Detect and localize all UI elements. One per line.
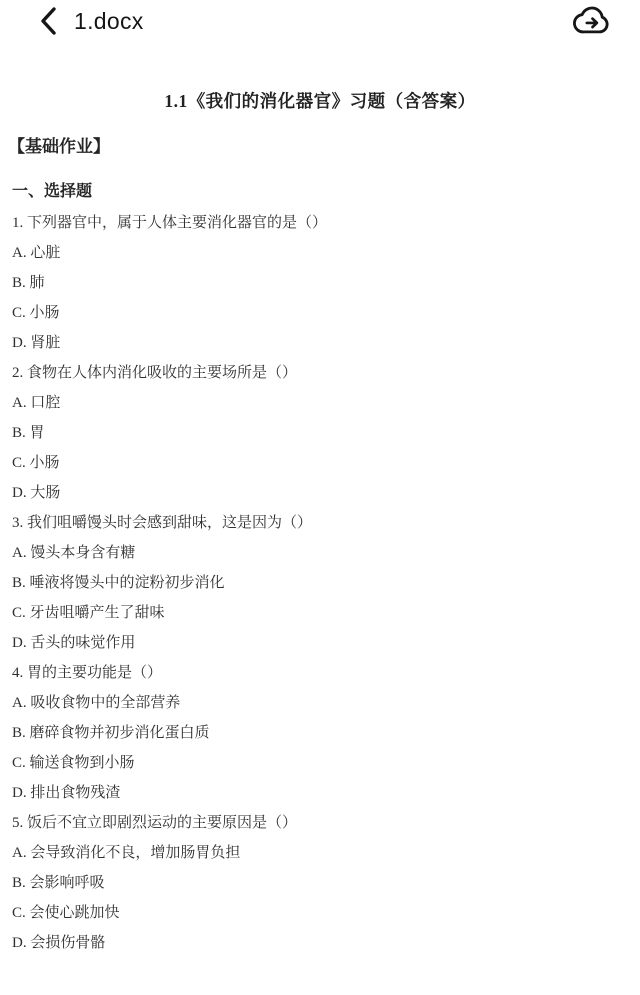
question-block: 3. 我们咀嚼馒头时会感到甜味，这是因为（） A. 馒头本身含有糖 B. 唾液将… — [12, 508, 628, 658]
file-title: 1.docx — [74, 8, 570, 35]
subsection-heading: 一、选择题 — [12, 178, 628, 201]
option-line: C. 牙齿咀嚼产生了甜味 — [12, 598, 628, 628]
option-line: C. 小肠 — [12, 298, 628, 328]
question-block: 1. 下列器官中，属于人体主要消化器官的是（） A. 心脏 B. 肺 C. 小肠… — [12, 208, 628, 358]
question-stem: 1. 下列器官中，属于人体主要消化器官的是（） — [12, 208, 628, 238]
option-line: A. 口腔 — [12, 388, 628, 418]
question-block: 5. 饭后不宜立即剧烈运动的主要原因是（） A. 会导致消化不良，增加肠胃负担 … — [12, 808, 628, 958]
question-block: 4. 胃的主要功能是（） A. 吸收食物中的全部营养 B. 磨碎食物并初步消化蛋… — [12, 658, 628, 808]
option-line: D. 会损伤骨骼 — [12, 928, 628, 958]
option-line: A. 会导致消化不良，增加肠胃负担 — [12, 838, 628, 868]
question-stem: 3. 我们咀嚼馒头时会感到甜味，这是因为（） — [12, 508, 628, 538]
section-heading: 【基础作业】 — [8, 132, 628, 157]
question-block: 2. 食物在人体内消化吸收的主要场所是（） A. 口腔 B. 胃 C. 小肠 D… — [12, 358, 628, 508]
cloud-arrow-right-icon — [571, 4, 613, 38]
share-button[interactable] — [570, 2, 614, 40]
option-line: D. 大肠 — [12, 478, 628, 508]
document-page: 1.1《我们的消化器官》习题（含答案） 【基础作业】 一、选择题 1. 下列器官… — [0, 88, 640, 958]
question-stem: 4. 胃的主要功能是（） — [12, 658, 628, 688]
option-line: B. 磨碎食物并初步消化蛋白质 — [12, 718, 628, 748]
chevron-left-icon — [39, 6, 59, 36]
question-stem: 2. 食物在人体内消化吸收的主要场所是（） — [12, 358, 628, 388]
document-title: 1.1《我们的消化器官》习题（含答案） — [12, 88, 628, 113]
option-line: C. 输送食物到小肠 — [12, 748, 628, 778]
question-list: 1. 下列器官中，属于人体主要消化器官的是（） A. 心脏 B. 肺 C. 小肠… — [12, 208, 628, 958]
option-line: A. 馒头本身含有糖 — [12, 538, 628, 568]
app-header: 1.docx — [0, 0, 640, 42]
option-line: D. 肾脏 — [12, 328, 628, 358]
option-line: C. 会使心跳加快 — [12, 898, 628, 928]
option-line: B. 肺 — [12, 268, 628, 298]
option-line: A. 吸收食物中的全部营养 — [12, 688, 628, 718]
option-line: D. 排出食物残渣 — [12, 778, 628, 808]
option-line: C. 小肠 — [12, 448, 628, 478]
option-line: A. 心脏 — [12, 238, 628, 268]
back-button[interactable] — [34, 4, 64, 38]
option-line: B. 唾液将馒头中的淀粉初步消化 — [12, 568, 628, 598]
option-line: B. 会影响呼吸 — [12, 868, 628, 898]
option-line: D. 舌头的味觉作用 — [12, 628, 628, 658]
question-stem: 5. 饭后不宜立即剧烈运动的主要原因是（） — [12, 808, 628, 838]
option-line: B. 胃 — [12, 418, 628, 448]
